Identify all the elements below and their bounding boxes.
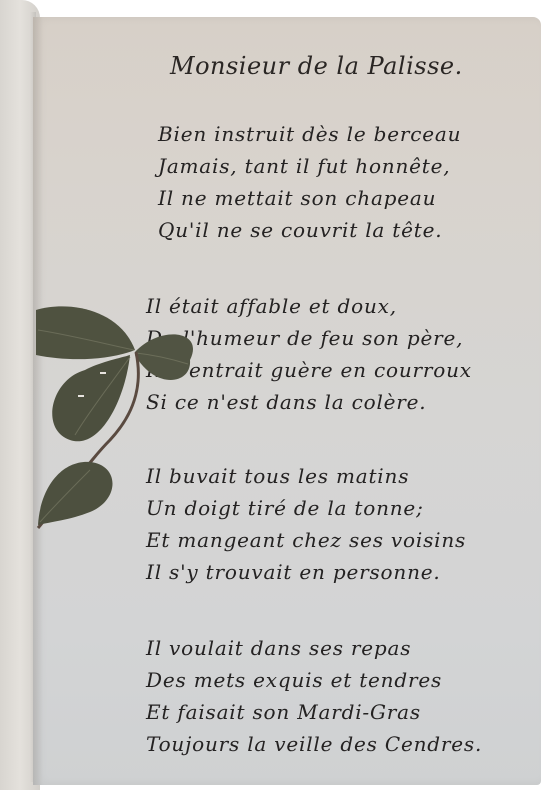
poem-line: Il s'y trouvait en personne. [146, 556, 466, 588]
poem-line: Qu'il ne se couvrit la tête. [158, 214, 461, 246]
pressed-clover-icon [30, 300, 200, 530]
poem-line: Il voulait dans ses repas [146, 632, 482, 664]
stanza-1: Bien instruit dès le berceau Jamais, tan… [158, 118, 461, 246]
poem-line: Jamais, tant il fut honnête, [158, 150, 461, 182]
poem-line: Et faisait son Mardi-Gras [146, 696, 482, 728]
poem-line: Il ne mettait son chapeau [158, 182, 461, 214]
poem-title: Monsieur de la Palisse. [170, 52, 463, 80]
poem-line: Bien instruit dès le berceau [158, 118, 461, 150]
stanza-4: Il voulait dans ses repas Des mets exqui… [146, 632, 482, 760]
poem-line: Des mets exquis et tendres [146, 664, 482, 696]
poem-line: Toujours la veille des Cendres. [146, 728, 482, 760]
